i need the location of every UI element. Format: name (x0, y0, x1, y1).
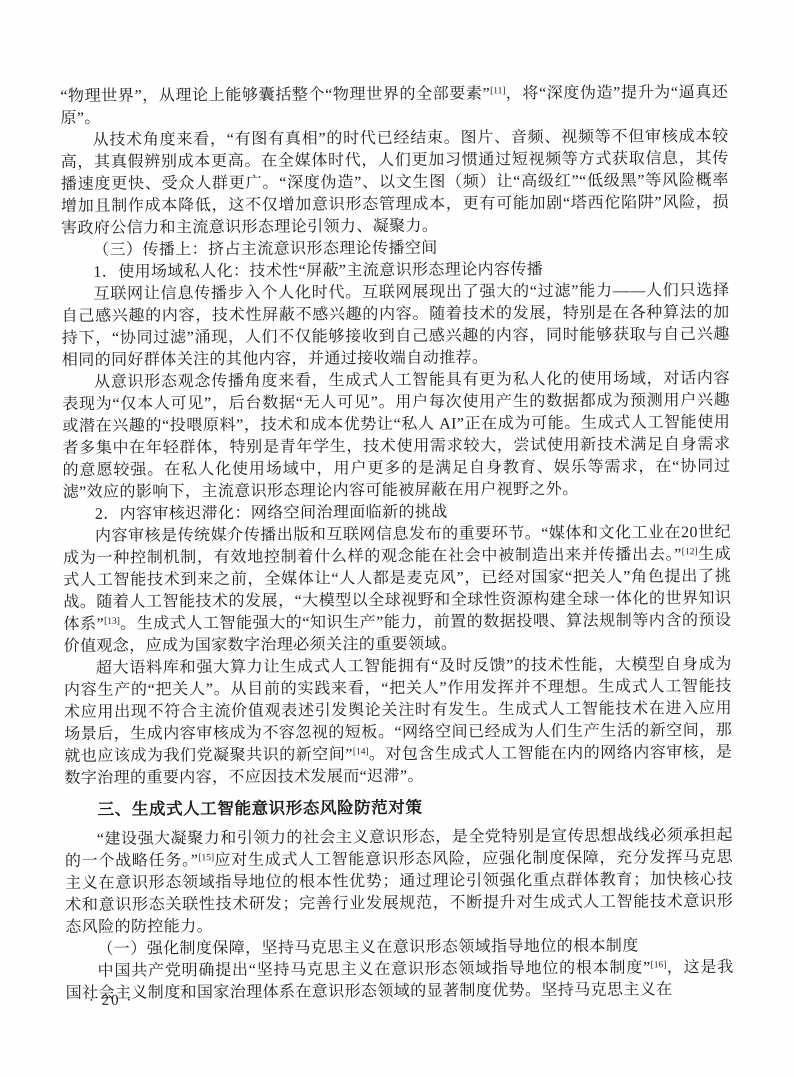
paragraph: 中国共产党明确提出“坚持马克思主义在意识形态领域指导地位的根本制度”[16]，这… (66, 957, 734, 1005)
paragraph: 超大语料库和强大算力让生成式人工智能拥有“及时反馈”的技术性能，大模型自身成为内… (64, 654, 733, 790)
citation-marker: [16] (651, 960, 667, 970)
text-run: 三、生成式人工智能意识形态风险防范对策 (98, 799, 423, 819)
text-run: 互联网让信息传播步入个人化时代。互联网展现出了强大的“过滤”能力——人们只选择自… (62, 282, 730, 369)
paragraph: 内容审核是传统媒介传播出版和互联网信息发布的重要环节。“媒体和文化工业在20世纪… (63, 522, 732, 658)
page-number: · 20 · (89, 993, 134, 1010)
citation-marker: [11] (490, 86, 506, 96)
paragraph: 从意识形态观念传播角度来看，生成式人工智能具有更为私人化的使用场域，对话内容表现… (62, 368, 731, 504)
text-run: 从意识形态观念传播角度来看，生成式人工智能具有更为私人化的使用场域，对话内容表现… (62, 370, 730, 501)
text-run: 1．使用场域私人化：技术性“屏蔽”主流意识形态理论内容传播 (93, 261, 543, 281)
text-run: “物理世界”，从理论上能够囊括整个“物理世界的全部要素” (60, 85, 490, 105)
paragraph: 从技术角度来看，“有图有真相”的时代已经结束。图片、音频、视频等不但审核成本较高… (60, 126, 729, 240)
citation-marker: [12] (682, 547, 698, 557)
document-page: “物理世界”，从理论上能够囊括整个“物理世界的全部要素”[11]，将“深度伪造”… (0, 0, 794, 1077)
paragraph: “建设强大凝聚力和引领力的社会主义意识形态，是全党特别是宣传思想战线必须承担起的… (65, 825, 734, 939)
page-text: “物理世界”，从理论上能够囊括整个“物理世界的全部要素”[11]，将“深度伪造”… (60, 82, 734, 1005)
citation-marker: [15] (198, 853, 214, 863)
citation-marker: [14] (353, 747, 369, 757)
paragraph: “物理世界”，从理论上能够囊括整个“物理世界的全部要素”[11]，将“深度伪造”… (60, 82, 728, 130)
text-run: 内容审核是传统媒介传播出版和互联网信息发布的重要环节。“媒体和文化工业在20世纪… (63, 524, 731, 567)
citation-marker: [13] (104, 616, 120, 626)
text-run: 。生成式人工智能强大的“知识生产”能力，前置的数据投喂、算法规制等内含的预设价值… (64, 612, 732, 655)
text-run: 中国共产党明确提出“坚持马克思主义在意识形态领域指导地位的根本制度” (98, 959, 651, 979)
text-run: （一）强化制度保障，坚持马克思主义在意识形态领域指导地位的根本制度 (97, 938, 638, 958)
section-heading: 三、生成式人工智能意识形态风险防范对策 (65, 795, 733, 821)
text-run: 从技术角度来看，“有图有真相”的时代已经结束。图片、音频、视频等不但审核成本较高… (61, 128, 729, 237)
text-run: （三）传播上：挤占主流意识形态理论传播空间 (93, 240, 438, 259)
text-run: 2．内容审核迟滞化：网络空间治理面临新的挑战 (95, 504, 448, 523)
scanned-page-content: “物理世界”，从理论上能够囊括整个“物理世界的全部要素”[11]，将“深度伪造”… (0, 0, 794, 1077)
paragraph: 互联网让信息传播步入个人化时代。互联网展现出了强大的“过滤”能力——人们只选择自… (61, 280, 730, 372)
